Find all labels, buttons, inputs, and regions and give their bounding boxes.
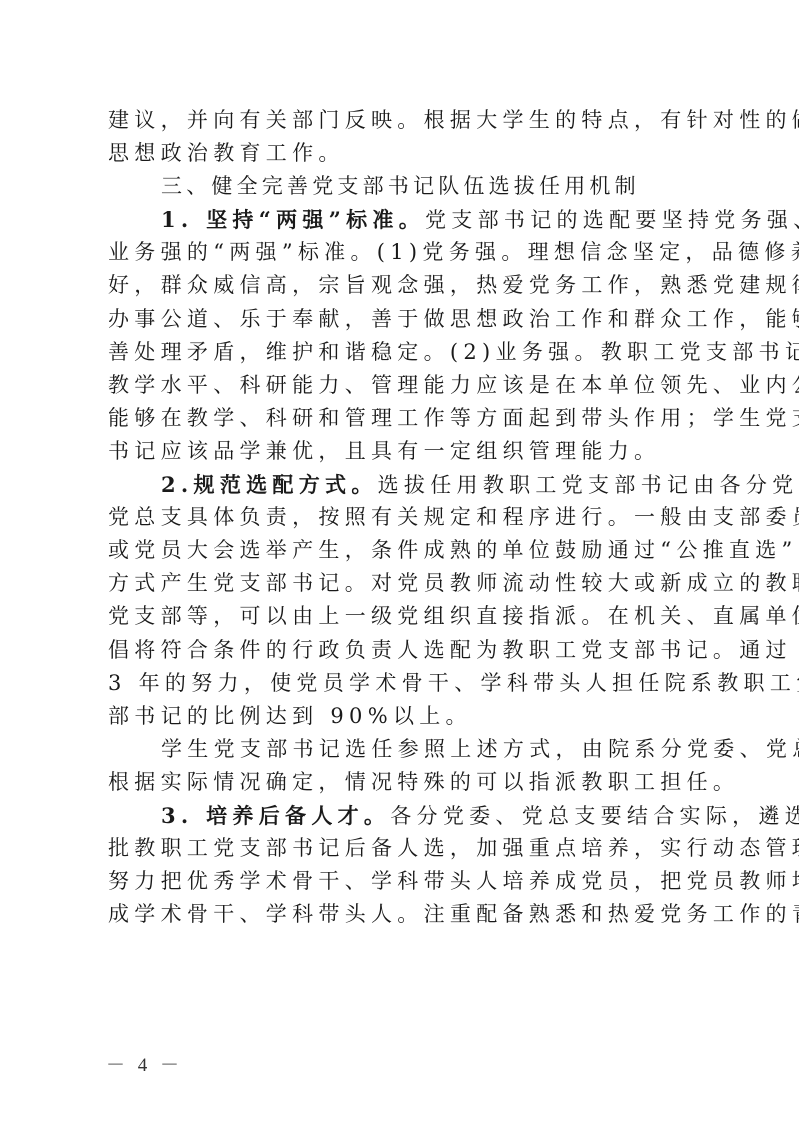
body-line: 能够在教学、科研和管理工作等方面起到带头作用；学生党支部 bbox=[108, 402, 700, 435]
body-line: 成学术骨干、学科带头人。注重配备熟悉和热爱党务工作的青年 bbox=[108, 898, 700, 931]
body-line: 批教职工党支部书记后备人选，加强重点培养，实行动态管理。 bbox=[108, 832, 700, 865]
section-heading: 三、健全完善党支部书记队伍选拔任用机制 bbox=[108, 170, 700, 203]
body-line: 党支部等，可以由上一级党组织直接指派。在机关、直属单位提 bbox=[108, 600, 700, 633]
item-title: 2.规范选配方式。 bbox=[161, 472, 378, 497]
body-line: 业务强的“两强”标准。(1)党务强。理想信念坚定，品德修养 bbox=[108, 236, 700, 269]
body-line: 教学水平、科研能力、管理能力应该是在本单位领先、业内公认， bbox=[108, 369, 700, 402]
body-line: 或党员大会选举产生，条件成熟的单位鼓励通过“公推直选”的 bbox=[108, 534, 700, 567]
body-line: 党总支具体负责，按照有关规定和程序进行。一般由支部委员会 bbox=[108, 501, 700, 534]
body-line: 部书记的比例达到 90%以上。 bbox=[108, 700, 700, 733]
item-title: 3. 培养后备人才。 bbox=[161, 803, 390, 828]
body-line: 根据实际情况确定，情况特殊的可以指派教职工担任。 bbox=[108, 766, 700, 799]
item-title: 1. 坚持“两强”标准。 bbox=[161, 207, 425, 232]
paragraph-start: 学生党支部书记选任参照上述方式，由院系分党委、党总支 bbox=[108, 733, 700, 766]
body-line: 3 年的努力，使党员学术骨干、学科带头人担任院系教职工党支 bbox=[108, 667, 700, 700]
body-line: 好，群众威信高，宗旨观念强，热爱党务工作，熟悉党建规律， bbox=[108, 269, 700, 302]
body-line: 书记应该品学兼优，且具有一定组织管理能力。 bbox=[108, 435, 700, 468]
page-number: － 4 － bbox=[106, 1050, 183, 1077]
body-line: 倡将符合条件的行政负责人选配为教职工党支部书记。通过 2 至 bbox=[108, 634, 700, 667]
numbered-item-heading: 1. 坚持“两强”标准。党支部书记的选配要坚持党务强、 bbox=[108, 203, 700, 236]
body-line: 建议，并向有关部门反映。根据大学生的特点，有针对性的做好 bbox=[108, 104, 700, 137]
numbered-item-heading: 3. 培养后备人才。各分党委、党总支要结合实际，遴选一 bbox=[108, 799, 700, 832]
body-line: 思想政治教育工作。 bbox=[108, 137, 700, 170]
body-line: 善处理矛盾，维护和谐稳定。(2)业务强。教职工党支部书记的 bbox=[108, 336, 700, 369]
body-line: 方式产生党支部书记。对党员教师流动性较大或新成立的教职工 bbox=[108, 567, 700, 600]
body-line: 努力把优秀学术骨干、学科带头人培养成党员，把党员教师培养 bbox=[108, 865, 700, 898]
body-line: 办事公道、乐于奉献，善于做思想政治工作和群众工作，能够妥 bbox=[108, 303, 700, 336]
document-page: 建议，并向有关部门反映。根据大学生的特点，有针对性的做好 思想政治教育工作。 三… bbox=[108, 104, 700, 931]
numbered-item-heading: 2.规范选配方式。选拔任用教职工党支部书记由各分党委、 bbox=[108, 468, 700, 501]
